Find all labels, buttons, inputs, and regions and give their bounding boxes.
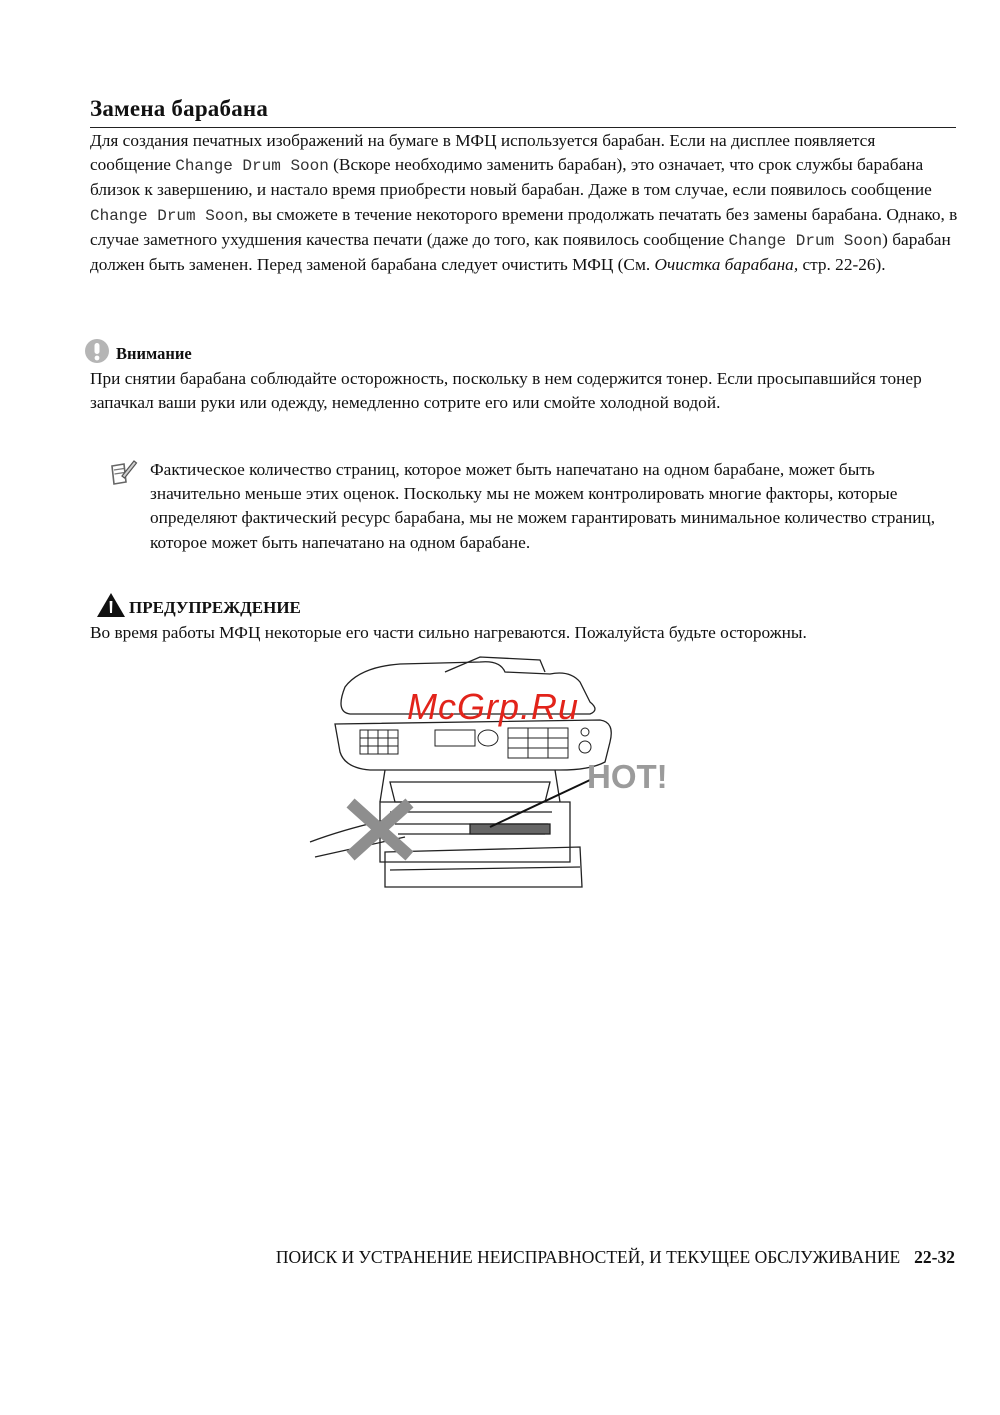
intro-text: стр. 22-26).: [798, 255, 885, 274]
watermark: McGrp.Ru: [407, 686, 579, 728]
footer-section-title: ПОИСК И УСТРАНЕНИЕ НЕИСПРАВНОСТЕЙ, И ТЕК…: [276, 1247, 900, 1267]
title-rule: [90, 127, 956, 128]
page-footer: ПОИСК И УСТРАНЕНИЕ НЕИСПРАВНОСТЕЙ, И ТЕК…: [150, 1247, 955, 1268]
note-pencil-icon: [108, 458, 138, 486]
page-title: Замена барабана: [90, 96, 268, 122]
page-number: 22-32: [914, 1247, 955, 1267]
caution-text: При снятии барабана соблюдайте осторожно…: [90, 367, 960, 415]
lcd-message: Change Drum Soon: [90, 207, 244, 225]
cross-reference-link[interactable]: Очистка барабана,: [655, 255, 799, 274]
warning-title: ПРЕДУПРЕЖДЕНИЕ: [129, 598, 301, 618]
warning-heading: ПРЕДУПРЕЖДЕНИЕ: [96, 592, 301, 618]
caution-title: Внимание: [116, 344, 192, 364]
warning-triangle-icon: [96, 592, 126, 618]
lcd-message: Change Drum Soon: [729, 232, 883, 250]
note-text: Фактическое количество страниц, которое …: [150, 458, 960, 555]
exclamation-circle-icon: [84, 338, 110, 364]
lcd-message: Change Drum Soon: [175, 157, 329, 175]
hot-label: HOT!: [587, 758, 668, 796]
intro-paragraph: Для создания печатных изображений на бум…: [90, 129, 960, 277]
warning-text: Во время работы МФЦ некоторые его части …: [90, 621, 960, 645]
manual-page: Замена барабана Для создания печатных из…: [0, 0, 1000, 1415]
caution-heading: Внимание: [84, 336, 192, 364]
